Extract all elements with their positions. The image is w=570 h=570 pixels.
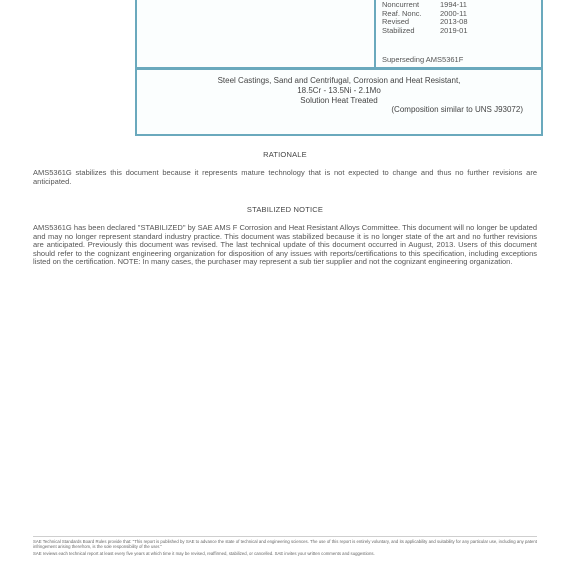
rationale-text: AMS5361G stabilizes this document becaus… — [33, 169, 537, 186]
composition-note: (Composition similar to UNS J93072) — [137, 105, 541, 115]
date-row-stabilized: Stabilized 2019-01 — [382, 27, 468, 36]
date-value: 2019-01 — [440, 27, 468, 36]
footer-divider — [33, 536, 537, 537]
footer-disclaimer: SAE Technical Standards Board Rules prov… — [33, 539, 537, 549]
issue-dates: Noncurrent 1994-11 Reaf. Nonc. 2000-11 R… — [382, 1, 468, 35]
rationale-heading: RATIONALE — [0, 150, 570, 159]
header-left-cell — [137, 0, 374, 67]
superseding-note: Superseding AMS5361F — [382, 55, 463, 64]
date-label: Stabilized — [382, 27, 440, 36]
document-header-box: Noncurrent 1994-11 Reaf. Nonc. 2000-11 R… — [135, 0, 543, 136]
header-dates-cell: Noncurrent 1994-11 Reaf. Nonc. 2000-11 R… — [374, 0, 541, 67]
title-line: 18.5Cr - 13.5Ni - 2.1Mo — [137, 86, 541, 96]
header-top-row: Noncurrent 1994-11 Reaf. Nonc. 2000-11 R… — [137, 0, 541, 70]
title-line: Steel Castings, Sand and Centrifugal, Co… — [137, 76, 541, 86]
title-line: Solution Heat Treated — [137, 96, 541, 106]
stabilized-notice-text: AMS5361G has been declared "STABILIZED" … — [33, 224, 537, 267]
footer-review-notice: SAE reviews each technical report at lea… — [33, 551, 537, 556]
stabilized-notice-heading: STABILIZED NOTICE — [0, 205, 570, 214]
document-title: Steel Castings, Sand and Centrifugal, Co… — [137, 76, 541, 115]
